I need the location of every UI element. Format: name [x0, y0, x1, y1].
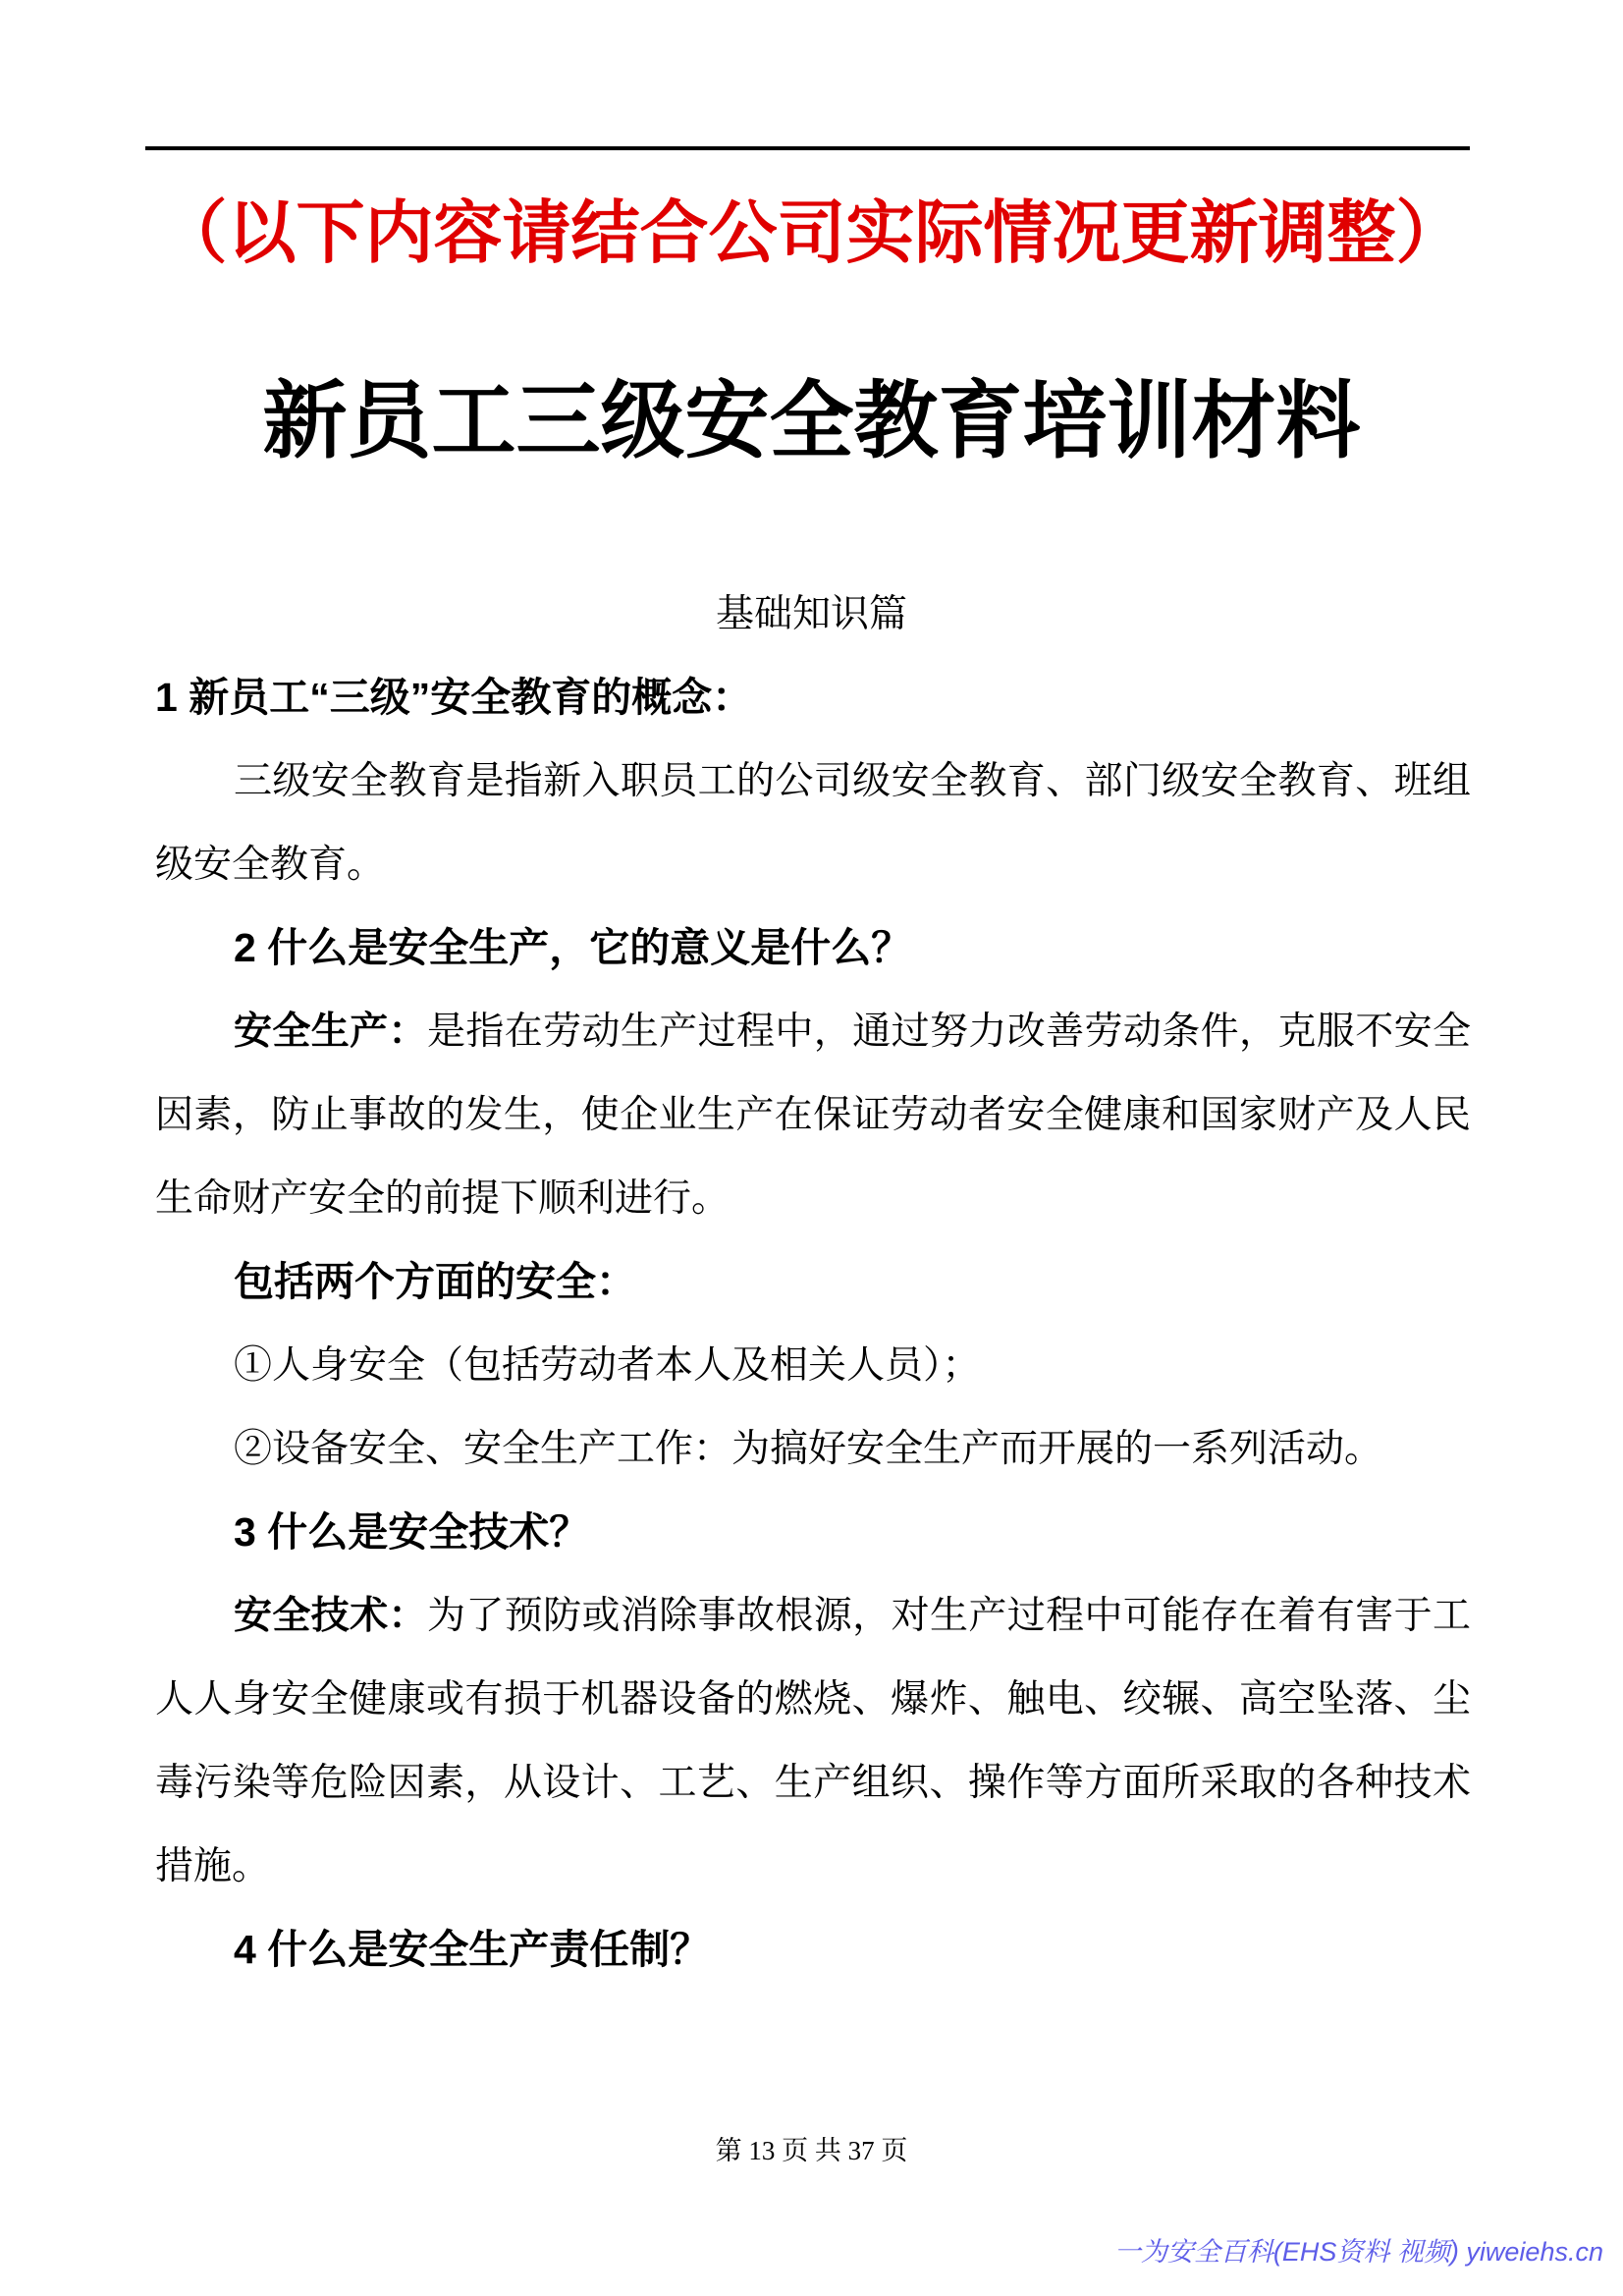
- text-line: 生命财产安全的前提下顺利进行。: [155, 1157, 1471, 1240]
- document-title: 新员工三级安全教育培训材料: [0, 375, 1623, 467]
- text-line: 安全技术：为了预防或消除事故根源，对生产过程中可能存在着有害于工: [155, 1574, 1471, 1658]
- text-line: 级安全教育。: [155, 823, 1471, 906]
- update-notice: （以下内容请结合公司实际情况更新调整）: [0, 194, 1623, 271]
- bold-lead-in: 安全技术：: [234, 1595, 427, 1637]
- bold-lead-in: 安全生产：: [234, 1011, 427, 1053]
- text-line: 三级安全教育是指新入职员工的公司级安全教育、部门级安全教育、班组: [155, 739, 1471, 823]
- text-line: 3 什么是安全技术？: [155, 1491, 1471, 1574]
- header-rule: [145, 146, 1470, 150]
- text-line: 安全生产：是指在劳动生产过程中，通过努力改善劳动条件，克服不安全: [155, 990, 1471, 1073]
- text-line: 2 什么是安全生产，它的意义是什么？: [155, 906, 1471, 990]
- page-number: 第 13 页 共 37 页: [0, 2133, 1623, 2168]
- text-line: 1 新员工“三级”安全教育的概念：: [155, 656, 1471, 739]
- text-line: 毒污染等危险因素，从设计、工艺、生产组织、操作等方面所采取的各种技术: [155, 1741, 1471, 1825]
- section-subtitle: 基础知识篇: [0, 591, 1623, 638]
- text-line: 人人身安全健康或有损于机器设备的燃烧、爆炸、触电、绞辗、高空坠落、尘: [155, 1658, 1471, 1741]
- text-line: ①人身安全（包括劳动者本人及相关人员）；: [155, 1324, 1471, 1407]
- text-line: 包括两个方面的安全：: [155, 1240, 1471, 1324]
- watermark: 一为安全百科(EHS资料 视频) yiweiehs.cn: [1114, 2235, 1603, 2269]
- text-line: 措施。: [155, 1825, 1471, 1908]
- text-line: ②设备安全、安全生产工作：为搞好安全生产而开展的一系列活动。: [155, 1407, 1471, 1491]
- text-line: 4 什么是安全生产责任制？: [155, 1908, 1471, 1992]
- document-body: 1 新员工“三级”安全教育的概念：三级安全教育是指新入职员工的公司级安全教育、部…: [155, 656, 1471, 1992]
- text-line: 因素，防止事故的发生，使企业生产在保证劳动者安全健康和国家财产及人民: [155, 1073, 1471, 1157]
- document-page: （以下内容请结合公司实际情况更新调整） 新员工三级安全教育培训材料 基础知识篇 …: [0, 0, 1623, 2296]
